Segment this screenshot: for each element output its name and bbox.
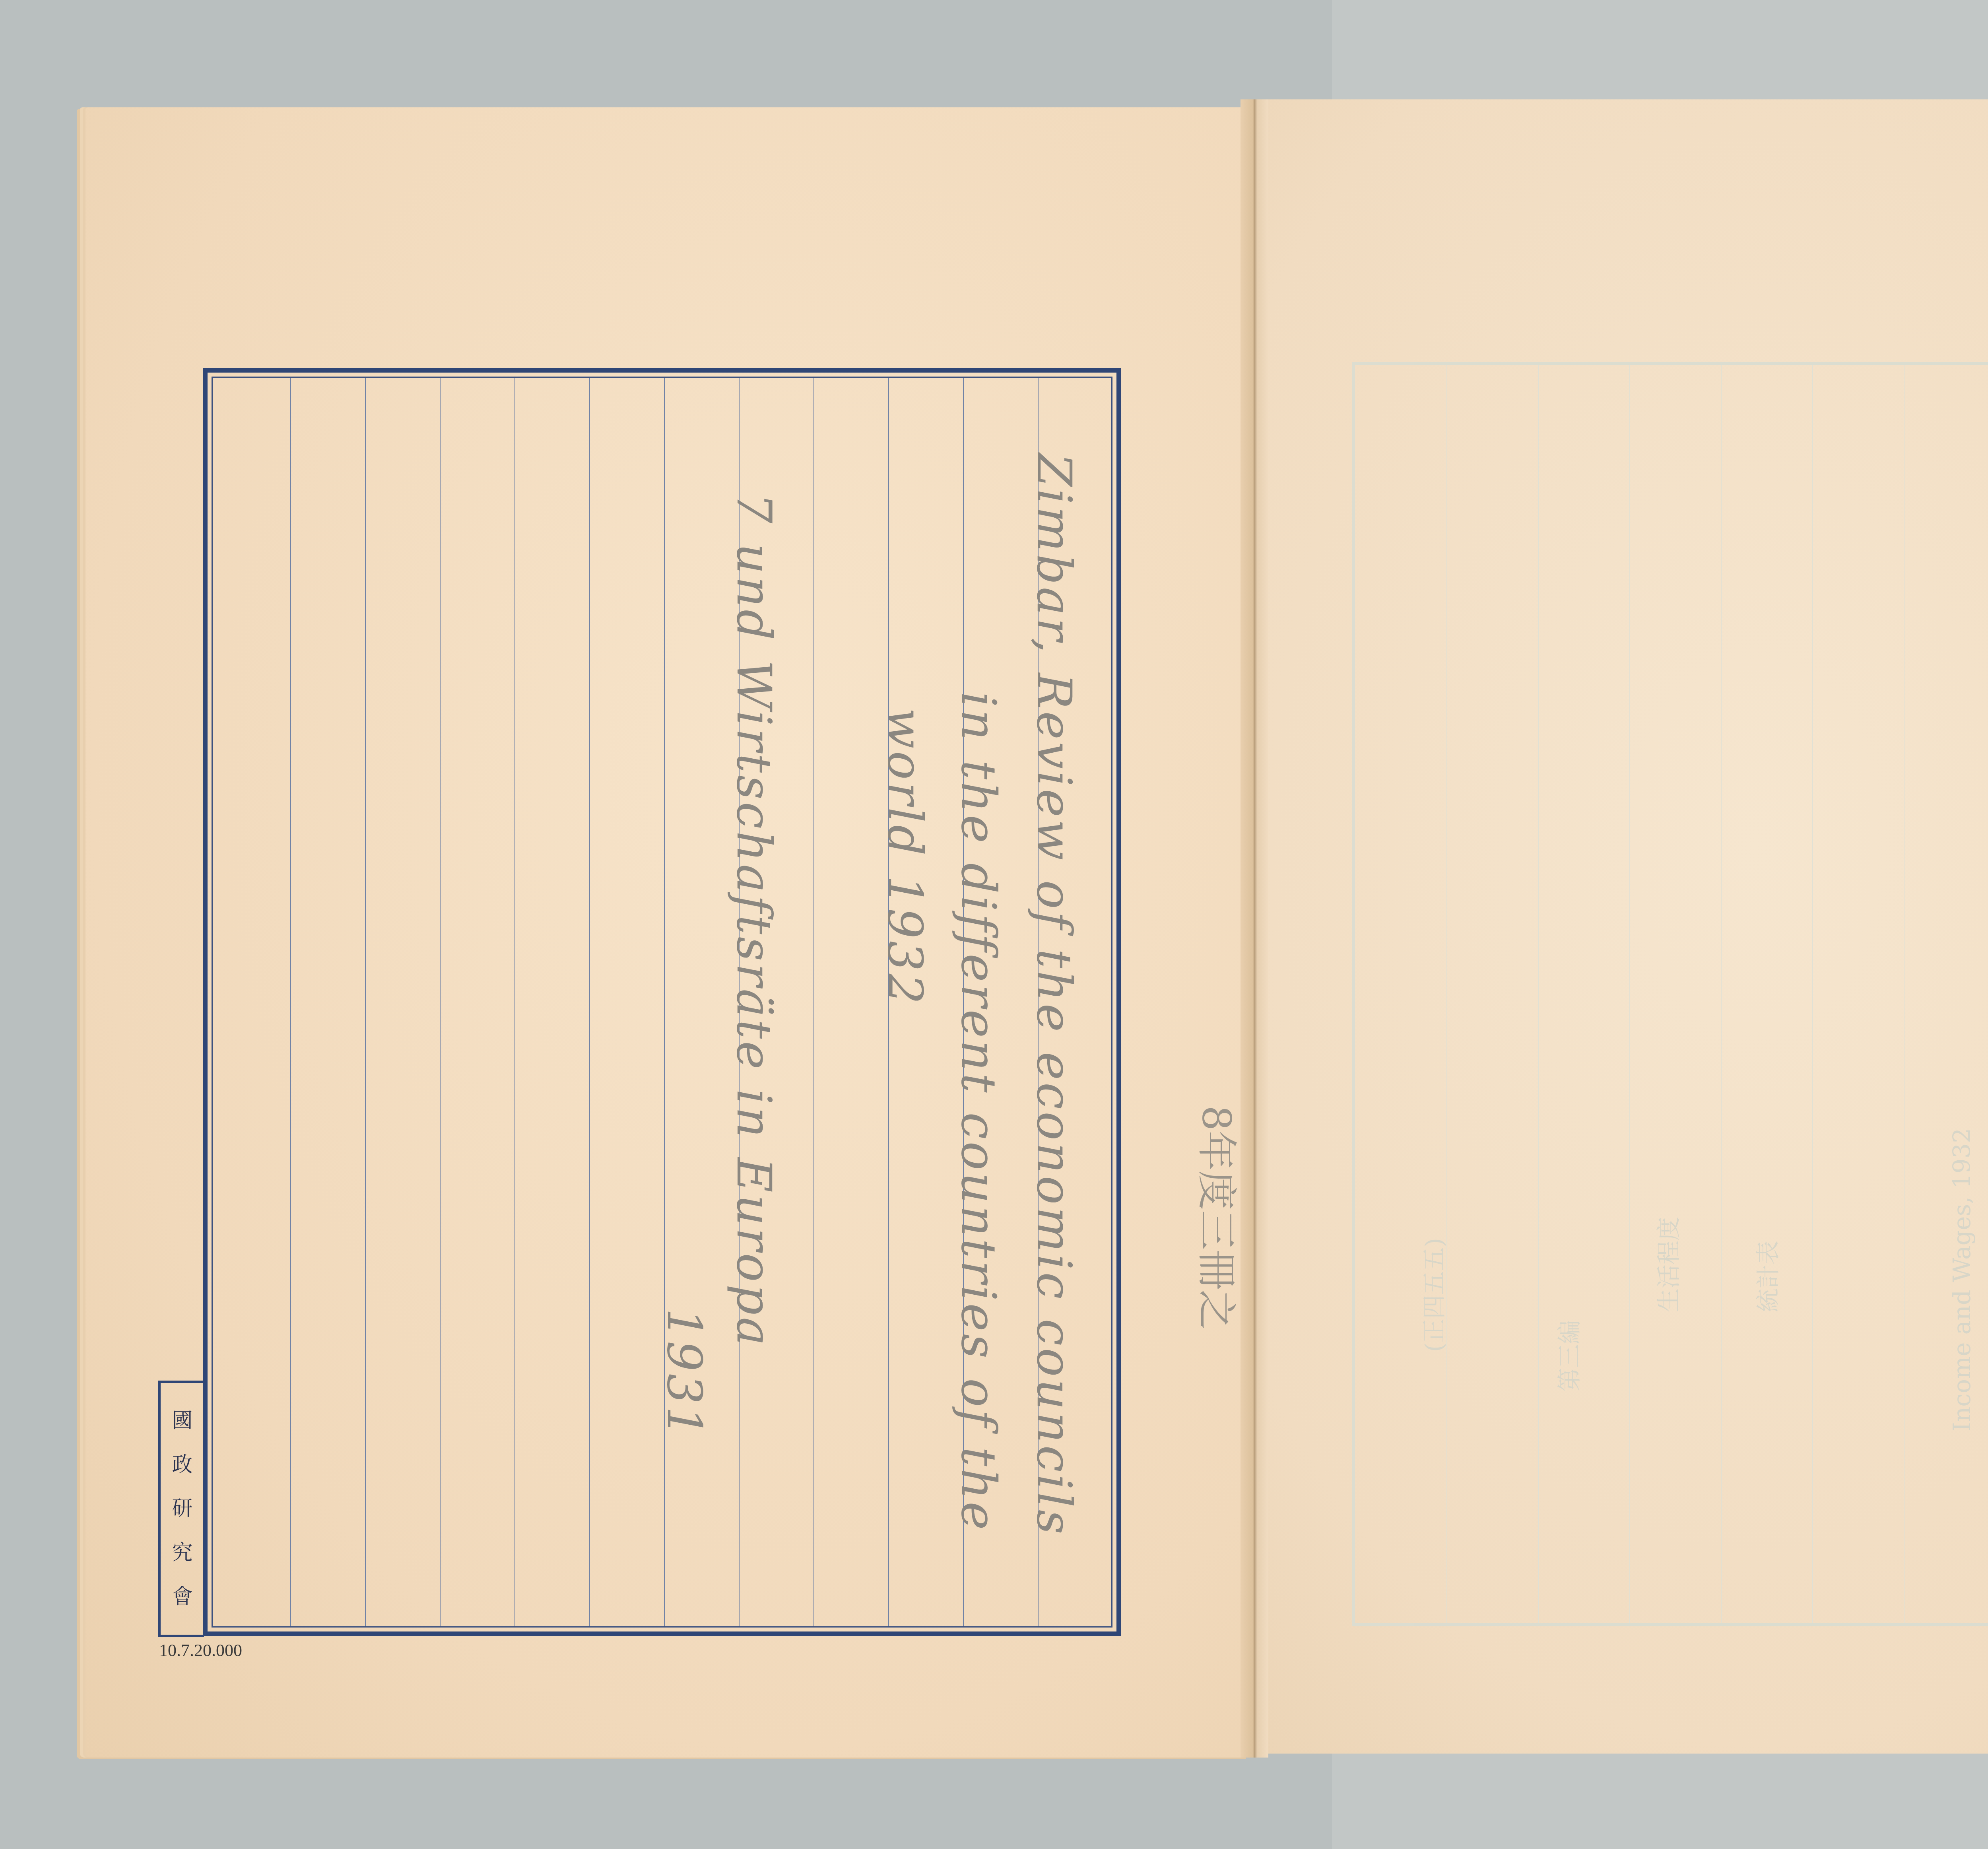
rule-line [514, 378, 515, 1626]
bleed-through-text: 生活程度 [1650, 1217, 1684, 1312]
faint-rule-line [1446, 365, 1447, 1623]
bleed-through-text: 第三編 [1551, 1320, 1585, 1392]
right-page-faint-frame [1352, 362, 1988, 1626]
faint-rule-line [1538, 365, 1539, 1623]
edition-number: 10.7.20.000 [159, 1640, 242, 1661]
faint-rule-line [1904, 365, 1905, 1623]
handwriting-line-3: world 1932 [877, 708, 932, 1006]
bleed-through-text: Income and Wages, 1932 [1948, 1128, 1976, 1431]
stamp-char: 國 [172, 1410, 192, 1431]
handwriting-line-2: in the different countries of the [951, 692, 1006, 1532]
stamp-char: 研 [172, 1498, 192, 1519]
rule-line [365, 378, 366, 1626]
gutter-pencil-note: 8年度三冊之 [1191, 1105, 1248, 1330]
faint-rule-line [1629, 365, 1630, 1623]
bleed-through-text: 統計表 [1749, 1241, 1784, 1312]
rule-line [589, 378, 590, 1626]
handwriting-line-5: 1931 [656, 1308, 712, 1439]
stamp-char: 會 [172, 1587, 192, 1607]
handwriting-line-4: 7 und Wirtschaftsräte in Europa [726, 493, 781, 1348]
institution-stamp: 國 政 研 究 會 [158, 1381, 204, 1637]
book-gutter [1241, 99, 1268, 1758]
bleed-through-text: (正四五五) [1415, 1238, 1450, 1352]
stamp-char: 政 [172, 1455, 192, 1475]
handwriting-line-1: Zimbar, Review of the economic councils [1026, 453, 1081, 1536]
stamp-char: 究 [172, 1542, 192, 1563]
faint-rule-line [1721, 365, 1722, 1623]
rule-line [813, 378, 814, 1626]
faint-rule-line [1812, 365, 1813, 1623]
rule-line [440, 378, 441, 1626]
rule-line [290, 378, 291, 1626]
